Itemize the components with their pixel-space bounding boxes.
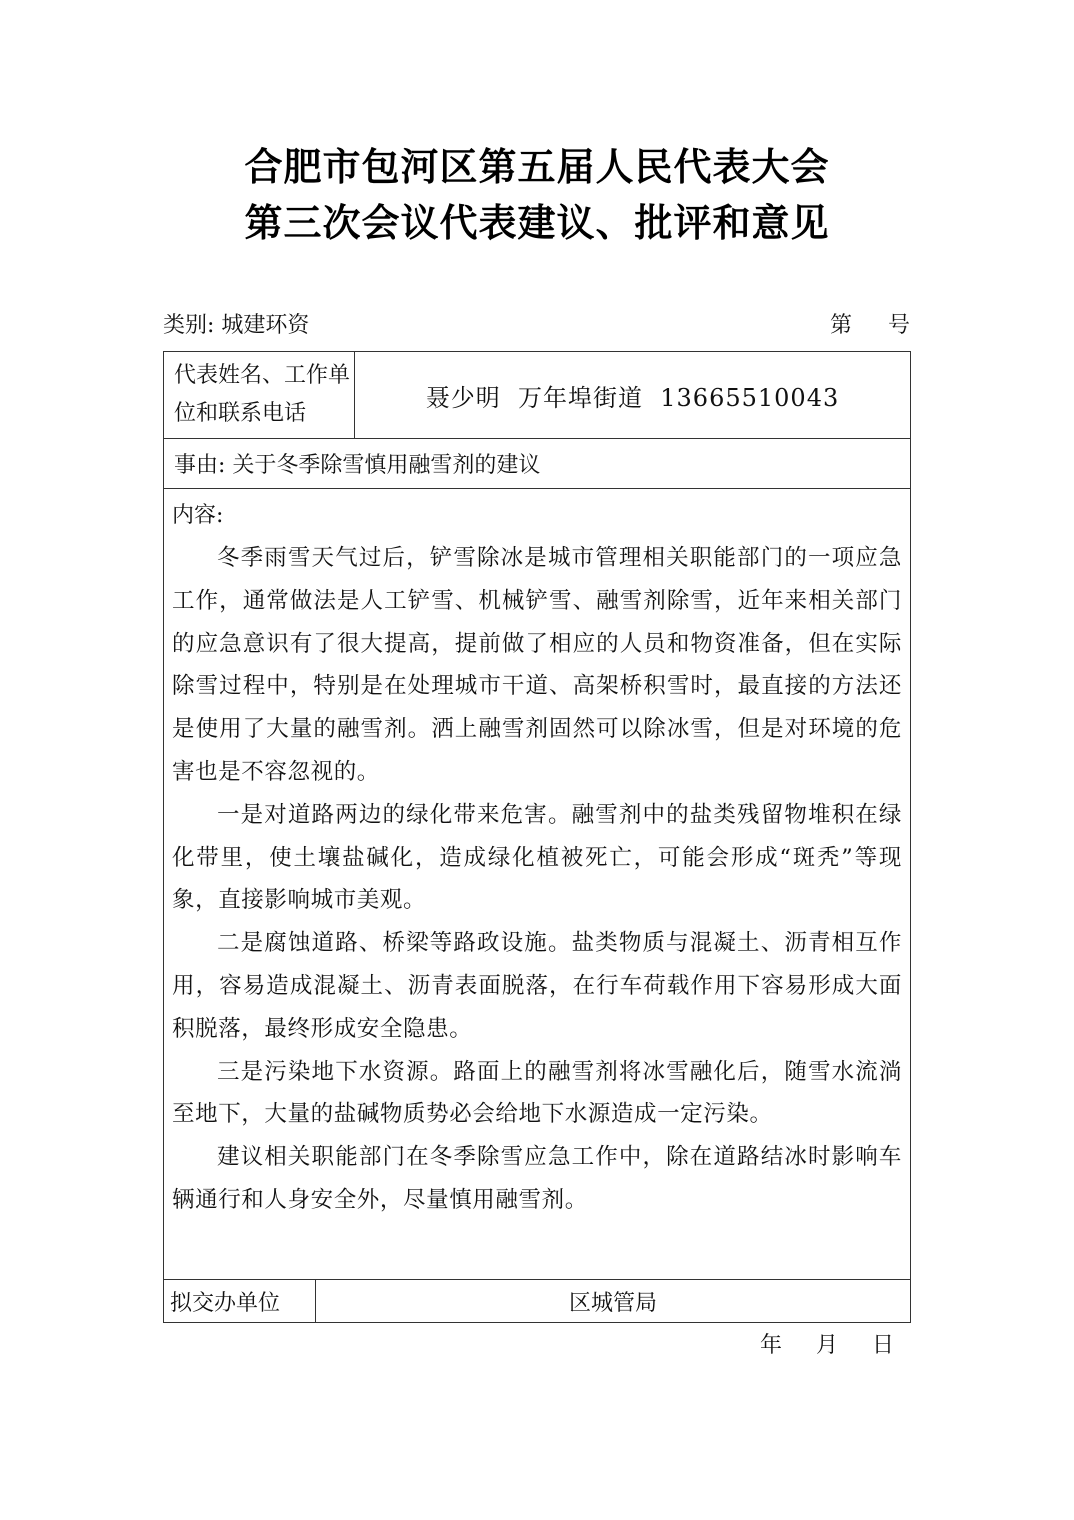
- content-paragraph: 三是污染地下水资源。路面上的融雪剂将冰雪融化后，随雪水流淌至地下，大量的盐碱物质…: [172, 1051, 902, 1137]
- representative-row: 代表姓名、工作单位和联系电话 聂少明 万年埠街道 13665510043: [164, 352, 911, 439]
- subject-value: 关于冬季除雪慎用融雪剂的建议: [232, 453, 540, 478]
- document-title-line-1: 合肥市包河区第五届人民代表大会: [0, 136, 1074, 191]
- content-label: 内容:: [172, 499, 902, 533]
- subject-cell: 事由: 关于冬季除雪慎用融雪剂的建议: [164, 439, 911, 489]
- category: 类别: 城建环资: [163, 308, 309, 339]
- representative-value: 聂少明 万年埠街道 13665510043: [355, 352, 911, 439]
- category-value: 城建环资: [221, 313, 309, 338]
- content-row: 内容: 冬季雨雪天气过后，铲雪除冰是城市管理相关职能部门的一项应急工作，通常做法…: [164, 489, 911, 1280]
- representative-label: 代表姓名、工作单位和联系电话: [164, 352, 355, 439]
- assign-label: 拟交办单位: [164, 1280, 316, 1323]
- content-paragraph: 二是腐蚀道路、桥梁等路政设施。盐类物质与混凝土、沥青相互作用，容易造成混凝土、沥…: [172, 922, 902, 1050]
- year-label: 年: [760, 1328, 782, 1359]
- assign-value: 区城管局: [316, 1280, 911, 1323]
- content-paragraph: 一是对道路两边的绿化带来危害。融雪剂中的盐类残留物堆积在绿化带里，使土壤盐碱化，…: [172, 794, 902, 922]
- subject-label: 事由:: [174, 453, 225, 478]
- category-label: 类别:: [163, 313, 214, 338]
- proposal-form-table: 代表姓名、工作单位和联系电话 聂少明 万年埠街道 13665510043 事由:…: [163, 351, 911, 1323]
- meta-row: 类别: 城建环资 第号: [163, 308, 910, 342]
- day-label: 日: [872, 1328, 894, 1359]
- document-number: 第号: [830, 308, 910, 339]
- content-cell: 内容: 冬季雨雪天气过后，铲雪除冰是城市管理相关职能部门的一项应急工作，通常做法…: [164, 489, 911, 1280]
- number-prefix: 第: [830, 308, 852, 339]
- date-row: 年月日: [760, 1328, 894, 1359]
- document-title-line-2: 第三次会议代表建议、批评和意见: [0, 192, 1074, 247]
- subject-row: 事由: 关于冬季除雪慎用融雪剂的建议: [164, 439, 911, 489]
- month-label: 月: [816, 1328, 838, 1359]
- assign-row: 拟交办单位 区城管局: [164, 1280, 911, 1323]
- content-paragraph: 冬季雨雪天气过后，铲雪除冰是城市管理相关职能部门的一项应急工作，通常做法是人工铲…: [172, 537, 902, 794]
- content-paragraph: 建议相关职能部门在冬季除雪应急工作中，除在道路结冰时影响车辆通行和人身安全外，尽…: [172, 1136, 902, 1222]
- number-suffix: 号: [888, 308, 910, 339]
